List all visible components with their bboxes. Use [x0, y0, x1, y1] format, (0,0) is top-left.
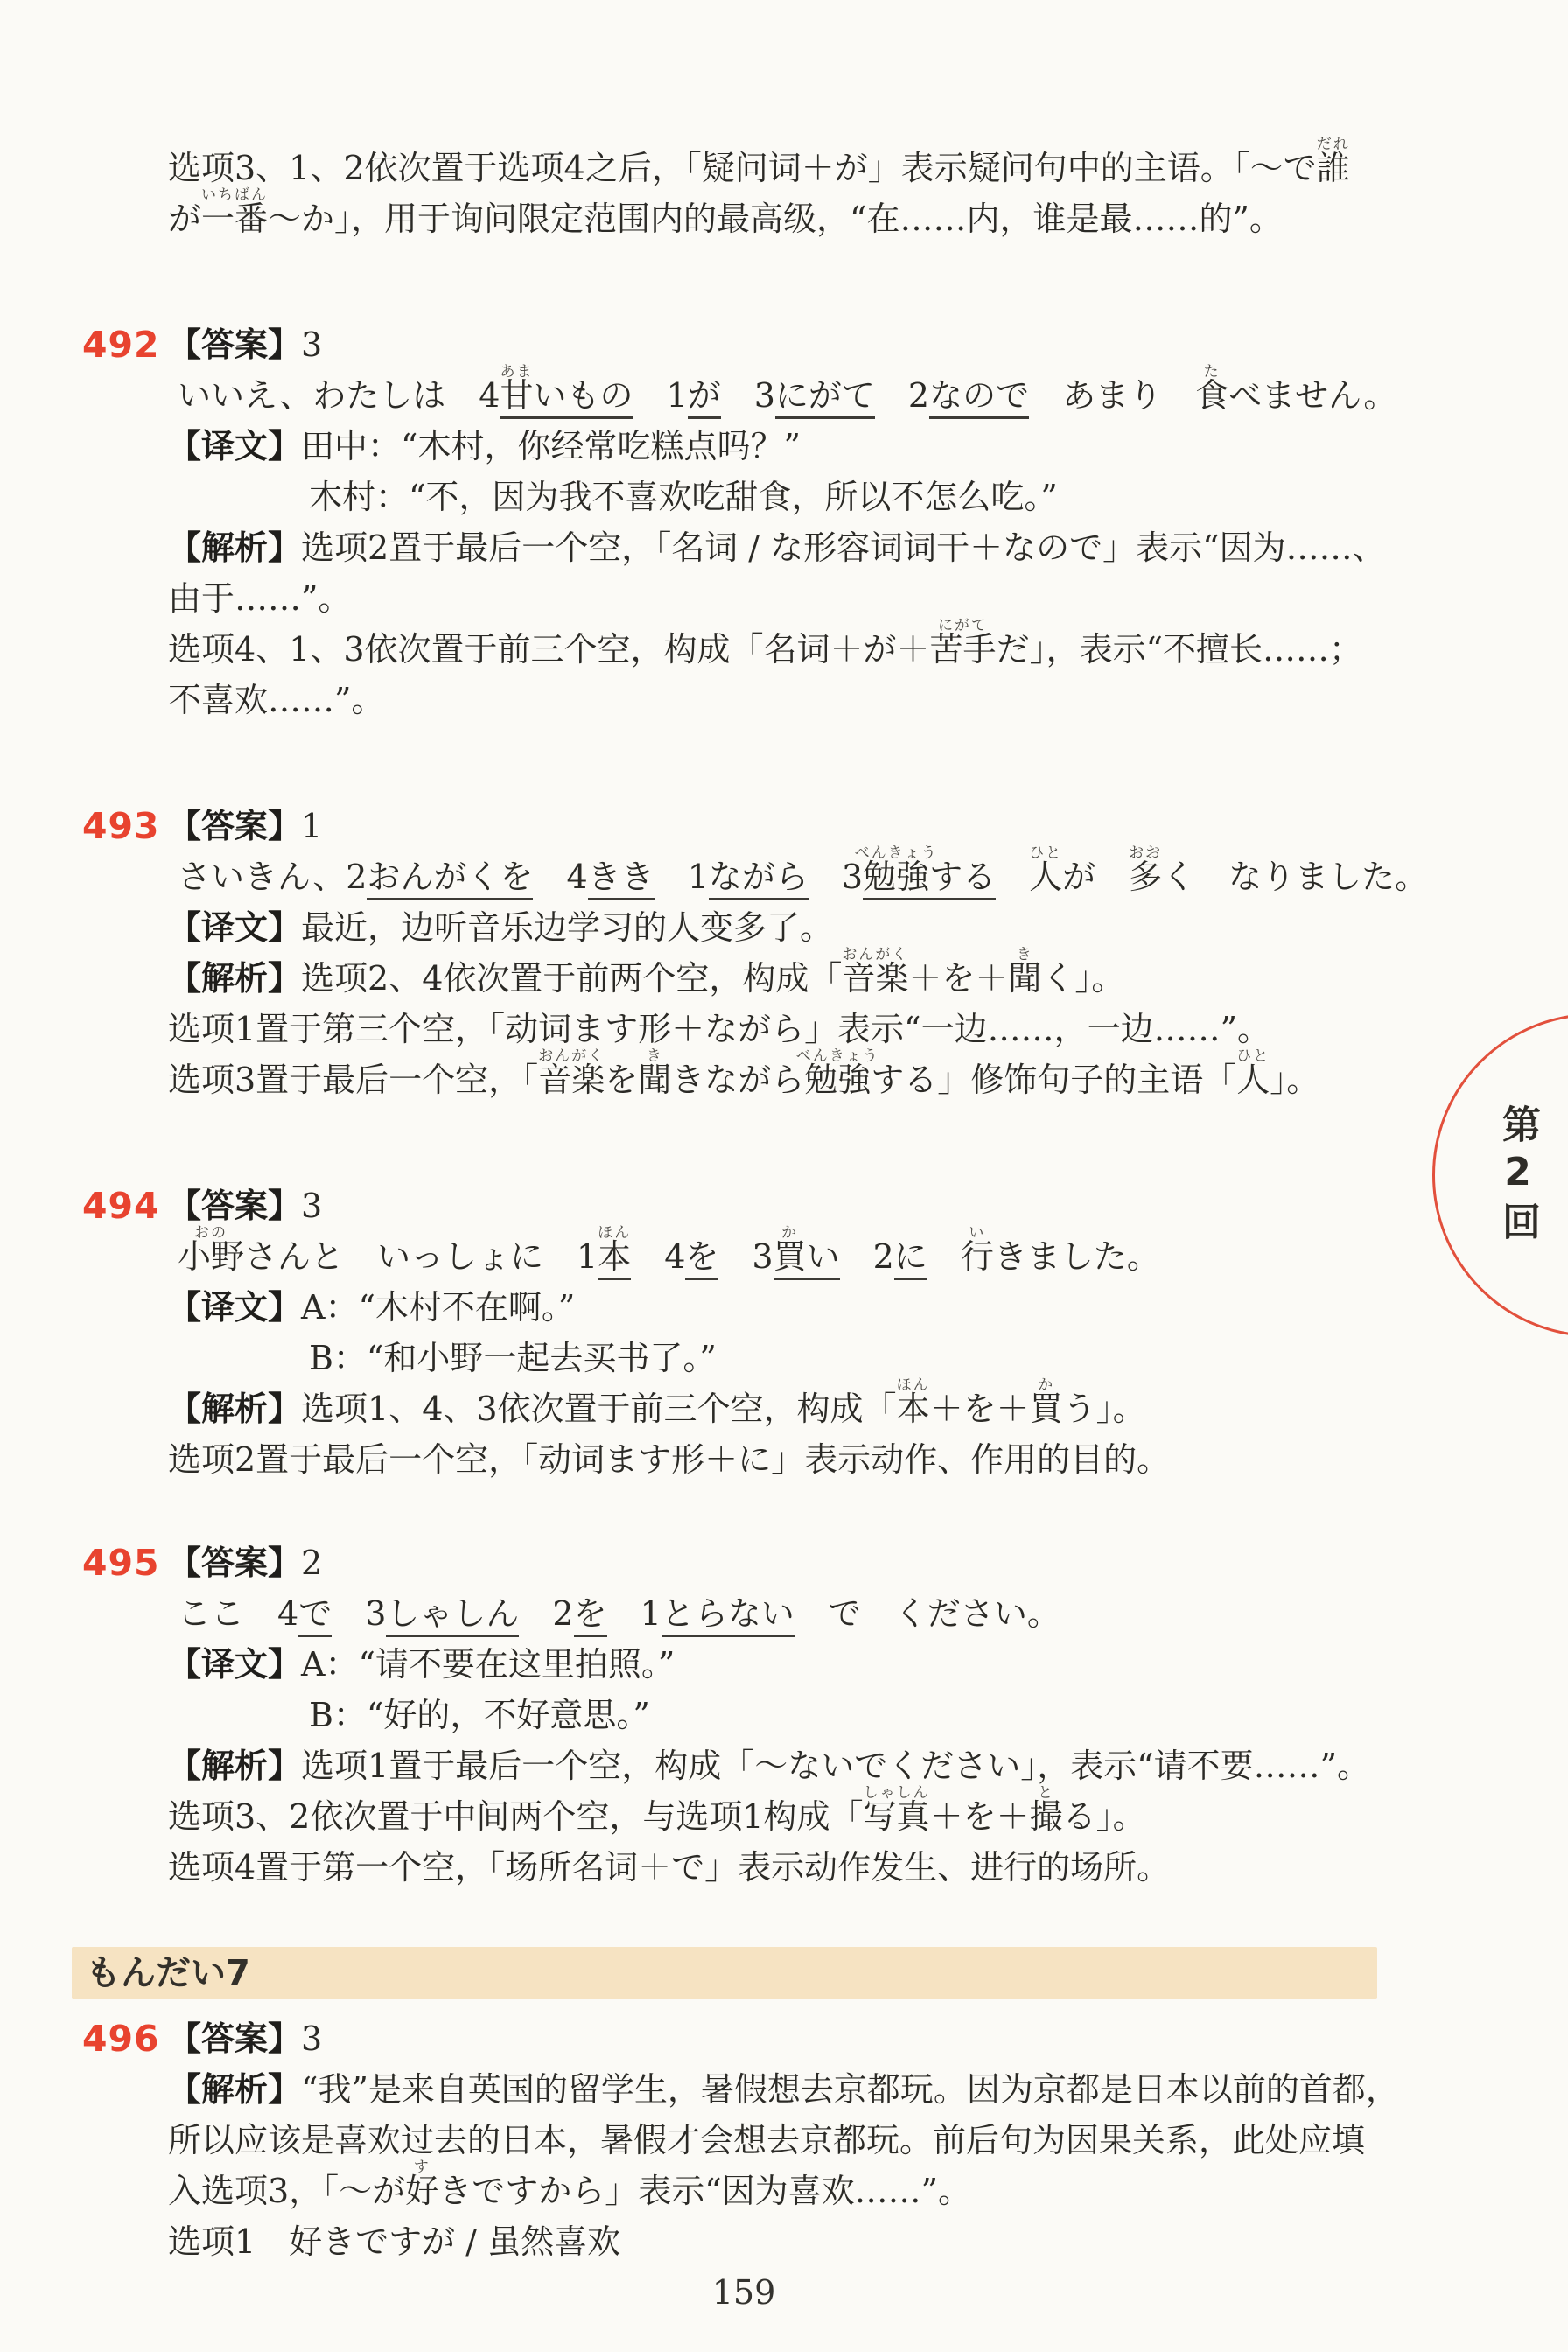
answer-key-page: 选项3、1、2依次置于选项4之后，「疑问词＋が」表示疑问句中的主语。「～で誰だれ…	[0, 0, 1568, 2352]
analysis-label: 【解析】	[168, 959, 301, 997]
furigana: か	[1038, 1378, 1054, 1393]
text-segment: 入选项3，「～が	[168, 2172, 405, 2210]
underlined-segment: い	[807, 1240, 840, 1280]
furigana: にがて	[938, 619, 988, 633]
underlined-segment: おんがくを	[367, 860, 533, 900]
text-segment: 选项2置于最后一个空，「名词 / な形容词词干＋なので」表示“因为……、	[301, 528, 1386, 567]
question-number: 495	[82, 1537, 160, 1588]
analysis-label: 【解析】	[168, 1389, 301, 1428]
question-495-translation-line: B：“好的，不好意思。”	[0, 1690, 1568, 1740]
question-495-analysis-line: 选项3、2依次置于中间两个空，与选项1构成「写真しゃしん＋を＋撮とる」。	[0, 1791, 1568, 1842]
question-493-header: 493【答案】1	[0, 801, 1568, 851]
text-segment: 选项3、1、2依次置于选项4之后，「疑问词＋が」表示疑问句中的主语。「～で	[168, 149, 1317, 187]
text-segment: ＋を＋	[930, 1797, 1030, 1836]
ruby-segment: 音楽おんがく	[842, 962, 908, 997]
text-segment: 选项1 好きですが / 虽然喜欢	[168, 2222, 620, 2261]
text-segment: 」。	[1270, 1060, 1319, 1099]
furigana: しゃしん	[864, 1786, 930, 1801]
furigana: た	[1204, 365, 1221, 380]
text-segment: 选项2、4依次置于前两个空，构成「	[301, 959, 842, 997]
analysis-label: 【解析】	[168, 1746, 301, 1785]
question-496-analysis-line: 选项1 好きですが / 虽然喜欢	[0, 2216, 1568, 2267]
furigana: ほん	[897, 1378, 930, 1393]
ruby-segment: 聞き	[1008, 962, 1041, 997]
furigana: い	[969, 1226, 985, 1241]
question-number: 496	[82, 2013, 160, 2064]
text-segment: 选项1置于第三个空，「动词ます形＋ながら」表示“一边……，一边……”。	[168, 1010, 1270, 1048]
question-492-analysis-line: 由于……”。	[0, 573, 1568, 624]
answer-label: 【答案】	[168, 1186, 301, 1225]
text-segment: 田中：“木村，你经常吃糕点吗？”	[301, 427, 801, 465]
text-segment: を	[605, 1060, 638, 1099]
text-segment: だ」，表示“不擅长……；	[997, 630, 1362, 668]
question-493-analysis-line: 【解析】选项2、4依次置于前两个空，构成「音楽おんがく＋を＋聞きく」。	[0, 953, 1568, 1004]
answer-label: 【答案】	[168, 1543, 301, 1582]
translation-label: 【译文】	[168, 908, 301, 947]
prev-question-analysis-line: が一番いちばん～か」，用于询问限定范围内的最高级，“在……内，谁是最……的”。	[0, 193, 1568, 244]
text-segment: 选项3、2依次置于中间两个空，与选项1构成「	[168, 1797, 864, 1836]
answer-label: 【答案】	[168, 325, 301, 364]
furigana: き	[1017, 948, 1033, 962]
question-492-translation-line: 木村：“不，因为我不喜欢吃甜食，所以不怎么吃。”	[0, 472, 1568, 522]
question-493-translation-line: 【译文】最近，边听音乐边学习的人变多了。	[0, 902, 1568, 953]
text-segment: A：“木村不在啊。”	[301, 1288, 575, 1326]
furigana: ひと	[1029, 846, 1062, 861]
ruby-segment: 苦手にがて	[930, 633, 997, 668]
answer-value: 3	[301, 2019, 322, 2058]
question-492-analysis-line: 【解析】选项2置于最后一个空，「名词 / な形容词词干＋なので」表示“因为……、	[0, 522, 1568, 573]
text-segment	[996, 857, 1029, 896]
ruby-segment: 小野おの	[178, 1240, 244, 1275]
underlined-segment: にがて	[775, 379, 875, 419]
text-segment: いいえ、わたしは 4	[178, 376, 500, 415]
question-493-sentence: さいきん、2おんがくを 4きき 1ながら 3勉強べんきょうする 人ひとが 多おお…	[0, 851, 1568, 902]
furigana: ほん	[598, 1226, 631, 1241]
underlined-segment: が	[688, 379, 721, 419]
text-segment: きながら	[671, 1060, 804, 1099]
answer-value: 3	[301, 1186, 322, 1225]
furigana: す	[414, 2160, 430, 2175]
furigana: だれ	[1317, 137, 1350, 152]
furigana: べんきょう	[855, 846, 938, 861]
underlined-segment: なので	[929, 379, 1029, 419]
answer-value: 1	[301, 807, 322, 845]
text-segment: 不喜欢……”。	[168, 681, 384, 719]
text-segment: 1	[607, 1594, 661, 1633]
text-segment: が	[168, 199, 201, 238]
question-496-header: 496【答案】3	[0, 2013, 1568, 2064]
question-number: 493	[82, 801, 160, 851]
question-496-analysis-line: 入选项3，「～が好すきですから」表示“因为喜欢……”。	[0, 2166, 1568, 2216]
question-496-analysis-line: 【解析】“我”是来自英国的留学生，暑假想去京都玩。因为京都是日本以前的首都，	[0, 2064, 1568, 2115]
text-segment: 4	[533, 857, 587, 896]
text-segment: ～か」，用于询问限定范围内的最高级，“在……内，谁是最……的”。	[268, 199, 1283, 238]
text-segment: A：“请不要在这里拍照。”	[301, 1645, 675, 1683]
translation-label: 【译文】	[168, 427, 301, 465]
text-segment: さんと いっしょに 1	[244, 1237, 598, 1276]
underlined-segment: する	[929, 860, 996, 900]
question-495-translation-line: 【译文】A：“请不要在这里拍照。”	[0, 1639, 1568, 1690]
question-494-translation-line: 【译文】A：“木村不在啊。”	[0, 1282, 1568, 1333]
text-segment: 选项3置于最后一个空，「	[168, 1060, 538, 1099]
text-segment: 选项4置于第一个空，「场所名词＋で」表示动作发生、进行的场所。	[168, 1848, 1170, 1886]
text-segment	[927, 1237, 961, 1276]
furigana: べんきょう	[796, 1049, 879, 1064]
ruby-segment: 勉強べんきょう	[804, 1063, 871, 1098]
question-number: 494	[82, 1180, 160, 1231]
text-segment: 最近，边听音乐边学习的人变多了。	[301, 908, 833, 947]
translation-label: 【译文】	[168, 1288, 301, 1326]
ruby-segment: 好す	[405, 2174, 438, 2209]
text-segment: 3	[332, 1594, 386, 1633]
text-segment: 选项1、4、3依次置于前三个空，构成「	[301, 1389, 897, 1428]
page-number: 159	[0, 2273, 1487, 2312]
text-segment: きました。	[994, 1237, 1160, 1276]
furigana: か	[781, 1226, 798, 1241]
question-492-translation-line: 【译文】田中：“木村，你经常吃糕点吗？”	[0, 421, 1568, 472]
furigana: おんがく	[842, 948, 908, 962]
text-segment: 2	[840, 1237, 894, 1276]
ruby-segment: 多おお	[1129, 860, 1162, 895]
question-492-header: 492【答案】3	[0, 319, 1568, 370]
question-495-analysis-line: 选项4置于第一个空，「场所名词＋で」表示动作发生、进行的场所。	[0, 1842, 1568, 1893]
ruby-segment: 写真しゃしん	[864, 1800, 930, 1835]
underlined-segment: 甘あま	[500, 379, 533, 419]
text-segment: 1	[654, 857, 709, 896]
text-segment: あまり	[1029, 376, 1195, 415]
text-segment: 2	[875, 376, 929, 415]
answer-value: 2	[301, 1543, 322, 1582]
question-493-analysis-line: 选项3置于最后一个空，「音楽おんがくを聞ききながら勉強べんきょうする」修饰句子的…	[0, 1054, 1568, 1105]
question-494-sentence: 小野おのさんと いっしょに 1本ほん 4を 3買かい 2に 行いきました。	[0, 1231, 1568, 1282]
text-segment: 3	[718, 1237, 773, 1276]
text-segment: 1	[633, 376, 688, 415]
round-2-tab-label: 第2回	[1489, 1104, 1545, 1247]
underlined-segment: 勉強べんきょう	[863, 860, 929, 900]
question-493-analysis-line: 选项1置于第三个空，「动词ます形＋ながら」表示“一边……，一边……”。	[0, 1004, 1568, 1054]
furigana: ひと	[1236, 1049, 1270, 1064]
text-segment: B：“和小野一起去买书了。”	[309, 1339, 717, 1377]
analysis-label: 【解析】	[168, 528, 301, 567]
text-segment: 木村：“不，因为我不喜欢吃甜食，所以不怎么吃。”	[309, 478, 1058, 516]
mondai-7-label: もんだい7	[86, 1953, 250, 1993]
text-segment: 2	[519, 1594, 573, 1633]
text-segment: B：“好的，不好意思。”	[309, 1696, 650, 1734]
underlined-segment: を	[685, 1240, 718, 1280]
furigana: おんがく	[538, 1049, 605, 1064]
furigana: おお	[1129, 846, 1162, 861]
text-segment: 选项2置于最后一个空，「动词ます形＋に」表示动作、作用的目的。	[168, 1440, 1170, 1479]
underlined-segment: 買か	[773, 1240, 807, 1280]
text-segment: 3	[721, 376, 775, 415]
question-496-analysis-line: 所以应该是喜欢过去的日本，暑假才会想去京都玩。前后句为因果关系，此处应填	[0, 2115, 1568, 2166]
question-495-sentence: ここ 4で 3しゃしん 2を 1とらない で ください。	[0, 1588, 1568, 1639]
text-segment: で ください。	[794, 1594, 1060, 1633]
underlined-segment: きき	[588, 860, 654, 900]
underlined-segment: で	[298, 1597, 332, 1637]
furigana: と	[1038, 1786, 1054, 1801]
question-492-analysis-line: 选项4、1、3依次置于前三个空，构成「名词＋が＋苦手にがてだ」，表示“不擅长………	[0, 624, 1568, 675]
ruby-segment: 誰だれ	[1317, 151, 1350, 186]
furigana: おの	[194, 1226, 227, 1241]
question-494-analysis-line: 选项2置于最后一个空，「动词ます形＋に」表示动作、作用的目的。	[0, 1434, 1568, 1485]
ruby-segment: 行い	[961, 1240, 994, 1275]
furigana: あま	[500, 365, 533, 380]
ruby-segment: 一番いちばん	[201, 202, 268, 237]
mondai-7-header: もんだい7	[72, 1947, 1377, 1999]
underlined-segment: とらない	[661, 1597, 794, 1637]
text-segment: く なりました。	[1162, 857, 1428, 896]
content-area: 选项3、1、2依次置于选项4之后，「疑问词＋が」表示疑问句中的主语。「～で誰だれ…	[0, 143, 1568, 2267]
ruby-segment: 人ひと	[1236, 1063, 1270, 1098]
ruby-segment: 本ほん	[897, 1392, 930, 1427]
underlined-segment: に	[894, 1240, 927, 1280]
furigana: き	[647, 1049, 663, 1064]
ruby-segment: 撮と	[1030, 1800, 1063, 1835]
analysis-label: 【解析】	[168, 2070, 301, 2109]
ruby-segment: 音楽おんがく	[538, 1063, 605, 1098]
question-492-analysis-line: 不喜欢……”。	[0, 675, 1568, 725]
text-segment: べません。	[1228, 376, 1396, 415]
question-492-sentence: いいえ、わたしは 4甘あまいもの 1が 3にがて 2なので あまり 食たべません…	[0, 370, 1568, 421]
text-segment: する」修饰句子的主语「	[871, 1060, 1236, 1099]
underlined-segment: 本ほん	[598, 1240, 631, 1280]
text-segment: 选项1置于最后一个空，构成「～ないでください」，表示“请不要……”。	[301, 1746, 1370, 1785]
text-segment: う」。	[1063, 1389, 1146, 1428]
question-494-translation-line: B：“和小野一起去买书了。”	[0, 1333, 1568, 1383]
text-segment: く」。	[1041, 959, 1124, 997]
ruby-segment: 人ひと	[1029, 860, 1062, 895]
text-segment: る」。	[1063, 1797, 1146, 1836]
answer-value: 3	[301, 325, 322, 364]
text-segment: “我”是来自英国的留学生，暑假想去京都玩。因为京都是日本以前的首都，	[301, 2070, 1399, 2109]
underlined-segment: しゃしん	[386, 1597, 519, 1637]
text-segment: 3	[808, 857, 863, 896]
question-495-analysis-line: 【解析】选项1置于最后一个空，构成「～ないでください」，表示“请不要……”。	[0, 1740, 1568, 1791]
text-segment: ここ 4	[178, 1594, 298, 1633]
underlined-segment: いもの	[533, 379, 633, 419]
answer-label: 【答案】	[168, 807, 301, 845]
underlined-segment: を	[574, 1597, 607, 1637]
text-segment: 4	[631, 1237, 685, 1276]
text-segment: 选项4、1、3依次置于前三个空，构成「名词＋が＋	[168, 630, 930, 668]
text-segment: が	[1062, 857, 1129, 896]
ruby-segment: 聞き	[638, 1063, 671, 1098]
text-segment: きですから」表示“因为喜欢……”。	[438, 2172, 971, 2210]
text-segment: ＋を＋	[930, 1389, 1030, 1428]
translation-label: 【译文】	[168, 1645, 301, 1683]
answer-label: 【答案】	[168, 2019, 301, 2058]
text-segment: 由于……”。	[168, 579, 351, 618]
question-495-header: 495【答案】2	[0, 1537, 1568, 1588]
text-segment: 所以应该是喜欢过去的日本，暑假才会想去京都玩。前后句为因果关系，此处应填	[168, 2121, 1365, 2159]
ruby-segment: 買か	[1030, 1392, 1063, 1427]
underlined-segment: ながら	[709, 860, 808, 900]
question-number: 492	[82, 319, 160, 370]
text-segment: さいきん、2	[178, 857, 367, 896]
question-494-analysis-line: 【解析】选项1、4、3依次置于前三个空，构成「本ほん＋を＋買かう」。	[0, 1383, 1568, 1434]
furigana: いちばん	[201, 188, 268, 203]
ruby-segment: 食た	[1195, 379, 1228, 414]
text-segment: ＋を＋	[908, 959, 1008, 997]
